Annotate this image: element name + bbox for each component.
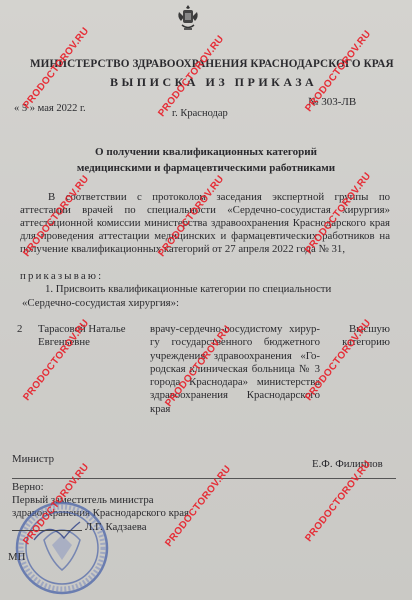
official-stamp-icon — [14, 500, 110, 596]
row-name: Тарасовой Наталье Евгеньевне — [38, 323, 148, 350]
coat-of-arms-icon — [175, 3, 201, 33]
order-item-1-specialty: «Сердечно-сосудистая хирургия»: — [22, 297, 179, 309]
body-line: для проведения аттестации медицинских и … — [20, 230, 390, 243]
minister-label: Министр — [12, 453, 54, 465]
row-number: 2 — [17, 323, 22, 335]
document-page: МИНИСТЕРСТВО ЗДРАВООХРАНЕНИЯ КРАСНОДАРСК… — [0, 0, 412, 600]
order-city: г. Краснодар — [172, 108, 228, 119]
verified-label: Верно: — [12, 481, 44, 493]
position-line: учреждения здравоохранения «Го- — [150, 350, 320, 363]
order-word: приказываю: — [20, 270, 103, 282]
deputy-name: Л.Г. Кадзаева — [85, 521, 147, 533]
seal-place-label: МП — [8, 551, 25, 563]
signature-line — [12, 530, 82, 531]
position-line: края — [150, 403, 320, 416]
body-line: получение квалификационных категорий от … — [20, 243, 390, 256]
subject-line-1: О получении квалификационных категорий — [0, 146, 412, 158]
position-line: врачу-сердечно-сосудистому хирур- — [150, 323, 320, 336]
order-item-1: 1. Присвоить квалификационные категории … — [45, 283, 331, 295]
watermark: PRODOCTOROV.RU — [303, 459, 373, 544]
subject-line-2: медицинскими и фармацевтическими работни… — [0, 162, 412, 174]
document-title: ВЫПИСКА ИЗ ПРИКАЗА — [110, 75, 317, 90]
position-line: гу государственного бюджетного — [150, 336, 320, 349]
position-line: родская клиническая больница № 3 — [150, 363, 320, 376]
